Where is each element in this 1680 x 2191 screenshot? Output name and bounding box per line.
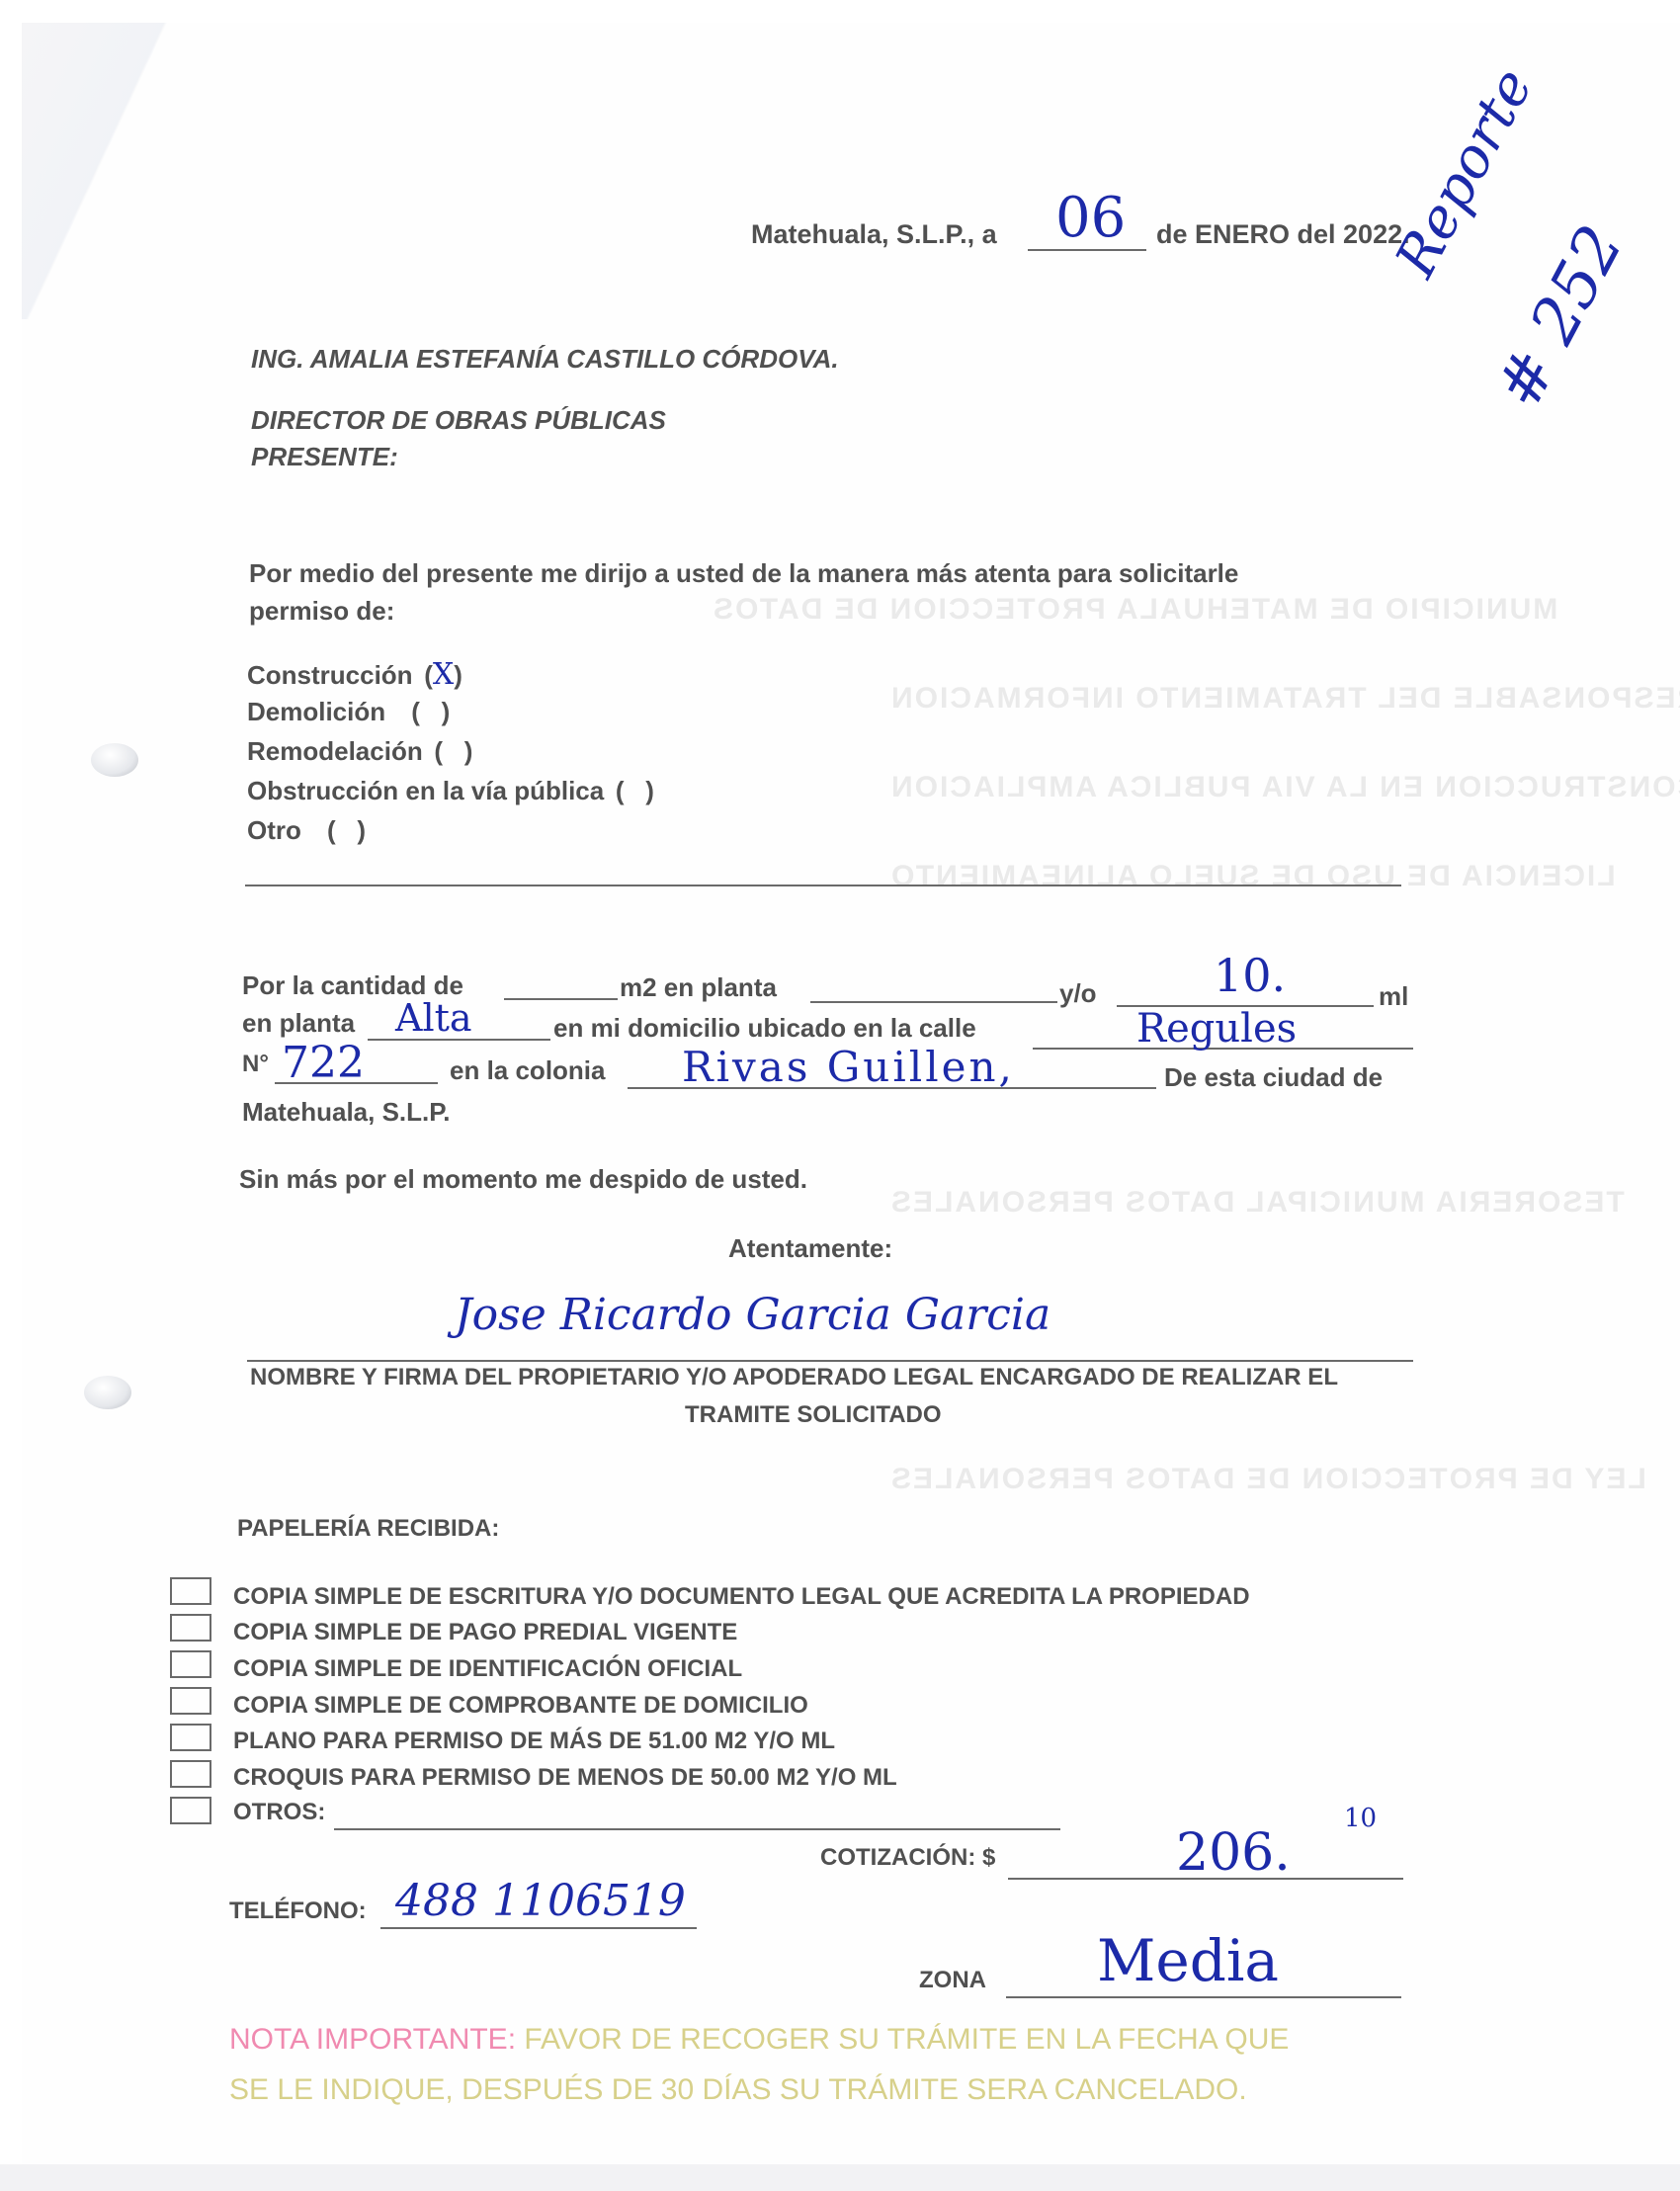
papeleria-item: PLANO PARA PERMISO DE MÁS DE 51.00 M2 Y/… bbox=[233, 1728, 835, 1755]
bleed-through-text: RESPONSABLE DEL TRATAMIENTO INFORMACION bbox=[889, 682, 1680, 716]
punch-hole bbox=[84, 1376, 131, 1409]
ml-value: 10. bbox=[1214, 949, 1286, 1002]
cotizacion-label: COTIZACIÓN: $ bbox=[820, 1844, 995, 1872]
signature-caption-1: NOMBRE Y FIRMA DEL PROPIETARIO Y/O APODE… bbox=[250, 1364, 1338, 1391]
telefono-label: TELÉFONO: bbox=[229, 1897, 367, 1925]
option-obstruccion[interactable]: Obstrucción en la vía pública ( ) bbox=[247, 776, 654, 806]
papeleria-item: OTROS: bbox=[233, 1799, 325, 1826]
bleed-through-text: MUNICIPIO DE MATEHUALA PROTECCION DE DAT… bbox=[712, 593, 1557, 627]
otros-field[interactable] bbox=[334, 1828, 1060, 1830]
papeleria-checkbox[interactable] bbox=[170, 1577, 211, 1605]
papeleria-item: CROQUIS PARA PERMISO DE MENOS DE 50.00 M… bbox=[233, 1764, 897, 1792]
papeleria-item: COPIA SIMPLE DE PAGO PREDIAL VIGENTE bbox=[233, 1619, 737, 1646]
punch-hole bbox=[91, 743, 138, 777]
recipient-title: DIRECTOR DE OBRAS PÚBLICAS bbox=[251, 405, 666, 436]
m2-planta-field[interactable] bbox=[810, 1001, 1057, 1003]
otro-underline bbox=[245, 885, 1401, 886]
option-remodelacion[interactable]: Remodelación ( ) bbox=[247, 736, 472, 767]
nota-importante: NOTA IMPORTANTE: FAVOR DE RECOGER SU TRÁ… bbox=[229, 2023, 1289, 2057]
papeleria-item: COPIA SIMPLE DE ESCRITURA Y/O DOCUMENTO … bbox=[233, 1583, 1250, 1611]
papeleria-item: COPIA SIMPLE DE IDENTIFICACIÓN OFICIAL bbox=[233, 1655, 742, 1683]
telefono-field[interactable] bbox=[380, 1927, 697, 1929]
cotizacion-cents: 10 bbox=[1344, 1804, 1377, 1833]
numero-value: 722 bbox=[282, 1038, 365, 1088]
numero-label: N° bbox=[242, 1051, 269, 1078]
farewell: Sin más por el momento me despido de ust… bbox=[239, 1164, 807, 1195]
recipient-greeting: PRESENTE: bbox=[251, 442, 398, 472]
bleed-through-text: TESORERIA MUNICIPAL DATOS PERSONALES bbox=[889, 1186, 1625, 1220]
scan-bottom-edge bbox=[0, 2164, 1680, 2191]
planta-value: Alta bbox=[395, 996, 472, 1040]
bleed-through-text: LEY DE PROTECCION DE DATOS PERSONALES bbox=[889, 1463, 1646, 1496]
nota-text-1: FAVOR DE RECOGER SU TRÁMITE EN LA FECHA … bbox=[524, 2023, 1289, 2056]
cotizacion-value: 206. bbox=[1176, 1823, 1291, 1883]
option-label: Otro bbox=[247, 815, 301, 845]
option-label: Construcción bbox=[247, 660, 413, 690]
ciudad-line-2: Matehuala, S.L.P. bbox=[242, 1097, 450, 1128]
atentamente: Atentamente: bbox=[728, 1233, 892, 1264]
papeleria-item: COPIA SIMPLE DE COMPROBANTE DE DOMICILIO bbox=[233, 1692, 808, 1720]
yo-label: y/o bbox=[1059, 978, 1097, 1009]
zona-field[interactable] bbox=[1006, 1996, 1401, 1998]
planta-label: en planta bbox=[242, 1008, 355, 1039]
papeleria-checkbox[interactable] bbox=[170, 1614, 211, 1642]
ml-label: ml bbox=[1379, 981, 1408, 1012]
signature-line[interactable] bbox=[247, 1360, 1413, 1362]
calle-value: Regules bbox=[1136, 1006, 1297, 1052]
qty-m2-field[interactable] bbox=[504, 998, 618, 1000]
option-otro[interactable]: Otro ( ) bbox=[247, 815, 366, 846]
bleed-through-text: LICENCIA DE USO DE SUELO ALINEAMIENTO bbox=[889, 860, 1616, 893]
m2-label: m2 en planta bbox=[620, 972, 777, 1003]
option-label: Remodelación bbox=[247, 736, 423, 766]
date-suffix: de ENERO del 2022. bbox=[1156, 219, 1410, 250]
signature-caption-2: TRAMITE SOLICITADO bbox=[685, 1401, 942, 1429]
nota-text-2: SE LE INDIQUE, DESPUÉS DE 30 DÍAS SU TRÁ… bbox=[229, 2073, 1247, 2107]
bleed-through-text: CONSTRUCCION EN LA VIA PUBLICA AMPLIACIO… bbox=[889, 771, 1680, 804]
intro-line-2: permiso de: bbox=[249, 596, 394, 627]
zona-value: Media bbox=[1097, 1927, 1279, 1994]
date-prefix: Matehuala, S.L.P., a bbox=[751, 219, 997, 250]
telefono-value: 488 1106519 bbox=[395, 1876, 686, 1926]
option-label: Demolición bbox=[247, 697, 385, 726]
intro-line-1: Por medio del presente me dirijo a usted… bbox=[249, 558, 1238, 589]
papeleria-heading: PAPELERÍA RECIBIDA: bbox=[237, 1515, 499, 1543]
papeleria-checkbox[interactable] bbox=[170, 1724, 211, 1751]
page-fold-shadow bbox=[22, 23, 200, 319]
ciudad-label: De esta ciudad de bbox=[1164, 1062, 1383, 1093]
nota-label: NOTA IMPORTANTE: bbox=[229, 2023, 516, 2056]
day-handwritten: 06 bbox=[1055, 186, 1126, 250]
signature: Jose Ricardo Garcia Garcia bbox=[455, 1290, 1050, 1340]
papeleria-checkbox[interactable] bbox=[170, 1760, 211, 1788]
papeleria-checkbox[interactable] bbox=[170, 1650, 211, 1678]
papeleria-checkbox[interactable] bbox=[170, 1797, 211, 1824]
papeleria-checkbox[interactable] bbox=[170, 1687, 211, 1715]
option-label: Obstrucción en la vía pública bbox=[247, 776, 604, 805]
domicilio-label: en mi domicilio ubicado en la calle bbox=[553, 1013, 976, 1044]
option-demolicion[interactable]: Demolición ( ) bbox=[247, 697, 450, 727]
recipient-name: ING. AMALIA ESTEFANÍA CASTILLO CÓRDOVA. bbox=[251, 344, 839, 375]
zona-label: ZONA bbox=[919, 1967, 986, 1994]
option-checkmark: X bbox=[433, 657, 454, 692]
colonia-label: en la colonia bbox=[450, 1055, 606, 1086]
option-construccion[interactable]: Construcción (X) bbox=[247, 657, 462, 692]
colonia-value: Rivas Guillen, bbox=[682, 1043, 1015, 1091]
